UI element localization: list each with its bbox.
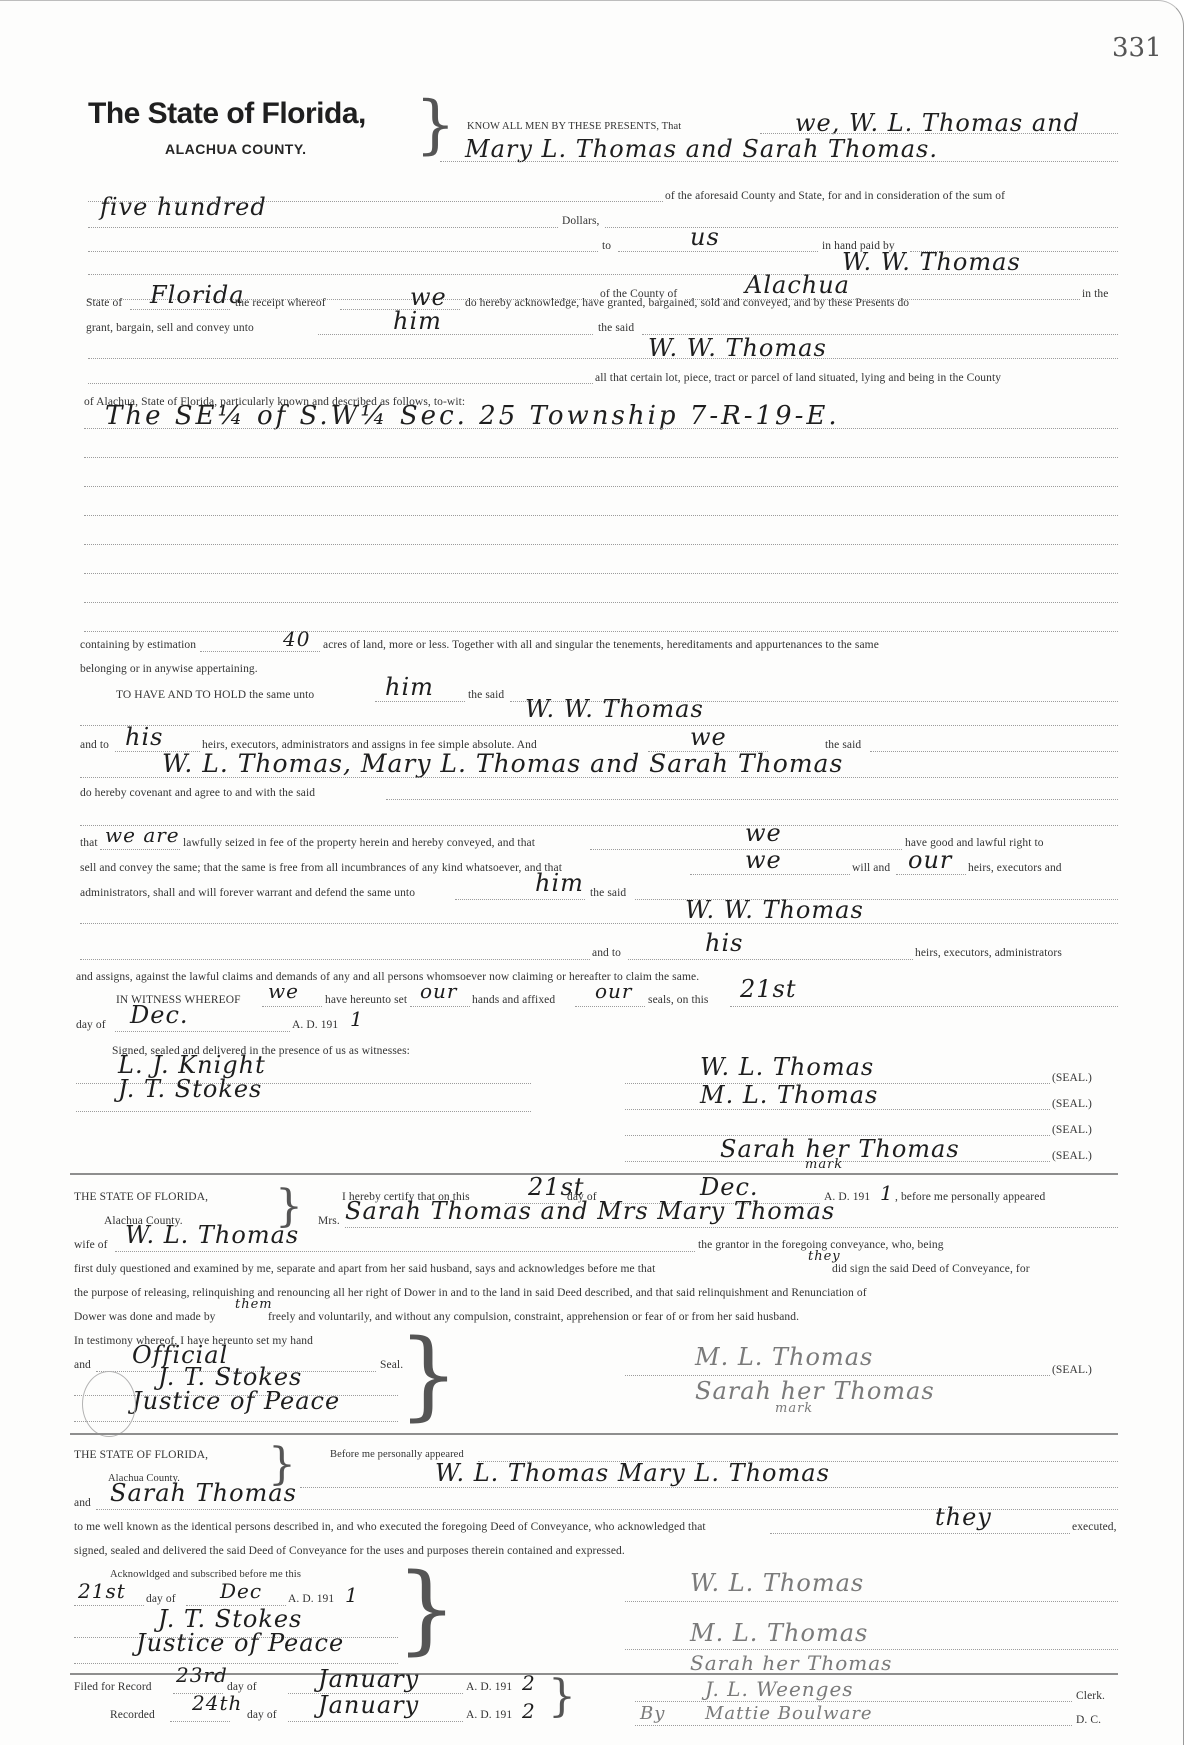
blank-line (375, 701, 465, 702)
blank-line (80, 777, 1118, 778)
blank-line (628, 959, 913, 960)
seal-label-4: (SEAL.) (1052, 1150, 1092, 1162)
ack-officer-title: Justice of Peace (136, 1629, 344, 1657)
dower-signature-2-mark: mark (775, 1401, 813, 1416)
did-sign-text: did sign the said Deed of Conveyance, fo… (832, 1263, 1030, 1275)
to-label: to (602, 240, 611, 252)
county-value: Alachua (745, 271, 850, 299)
dc-label: D. C. (1076, 1714, 1101, 1726)
belonging-text: belonging or in anywise appertaining. (80, 663, 258, 675)
blank-line (80, 725, 1118, 726)
signature-1: W. L. Thomas (700, 1053, 874, 1081)
dower-done-text: Dower was done and made by (74, 1311, 216, 1323)
ack-day-value: 21st (78, 1579, 126, 1603)
header-brace: } (415, 93, 456, 157)
ack-year-digit: 1 (345, 1583, 359, 1607)
blank-line (410, 1006, 470, 1007)
day-of-label: day of (76, 1019, 106, 1031)
mrs-value: Sarah Thomas and Mrs Mary Thomas (345, 1197, 835, 1225)
ack-signature-3: Sarah her Thomas (690, 1651, 892, 1675)
blank-line (84, 631, 1118, 632)
signature-line (635, 1701, 1072, 1702)
officer-title: Justice of Peace (132, 1387, 340, 1415)
all-that-certain-text: all that certain lot, piece, tract or pa… (595, 372, 1001, 384)
ack-signed-text: signed, sealed and delivered the said De… (74, 1545, 625, 1557)
ack-month-value: Dec (220, 1579, 262, 1603)
blank-line (690, 874, 850, 875)
blank-line (74, 1605, 144, 1606)
ack-state: THE STATE OF FLORIDA, (74, 1449, 208, 1461)
county-heading: ALACHUA COUNTY. (165, 141, 307, 157)
ack-they-value: they (935, 1503, 992, 1531)
acknowledge-text: do hereby acknowledge, have granted, bar… (465, 297, 909, 309)
blank-line (80, 825, 1118, 826)
ack-and-value: Sarah Thomas (110, 1479, 297, 1507)
defend-grantee: W. W. Thomas (685, 896, 864, 924)
blank-line (262, 1006, 322, 1007)
blank-line (760, 133, 1118, 134)
blank-line (440, 161, 1118, 162)
state-of-label: State of (86, 297, 122, 309)
subscribed-brace: } (396, 1561, 457, 1657)
blank-line (730, 1006, 1118, 1007)
dower-them: them (235, 1297, 273, 1312)
blank-line (84, 602, 1118, 603)
dower-signature-1: M. L. Thomas (695, 1343, 873, 1371)
clerk-label: Clerk. (1076, 1690, 1105, 1702)
blank-line (896, 874, 966, 875)
dower-before-me: , before me personally appeared (895, 1191, 1045, 1203)
recorded-day-of: day of (247, 1709, 277, 1721)
will-and-label: will and (852, 862, 890, 874)
dower-state: THE STATE OF FLORIDA, (74, 1191, 208, 1203)
in-the-label: in the (1082, 288, 1108, 300)
ack-day-of: day of (146, 1593, 176, 1605)
examined-them: they (808, 1249, 841, 1264)
know-all-men-text: KNOW ALL MEN BY THESE PRESENTS, That (467, 121, 681, 132)
warrant-value: we (745, 846, 782, 874)
that-value: we are (105, 823, 180, 847)
dower-seal-label: (SEAL.) (1052, 1364, 1092, 1376)
recorded-year-digit: 2 (522, 1699, 536, 1723)
seal-value: our (595, 979, 632, 1003)
sum-in-words: five hundred (100, 193, 267, 221)
blank-line (88, 227, 558, 228)
heirs-exec-and: heirs, executors and (968, 862, 1062, 874)
the-said-label: the said (598, 322, 634, 334)
blank-line (345, 1227, 1118, 1228)
blank-line (115, 1031, 290, 1032)
grantors-full: W. L. Thomas, Mary L. Thomas and Sarah T… (162, 749, 843, 778)
blank-line (605, 227, 1118, 228)
blank-line (170, 1721, 230, 1722)
grant-text: grant, bargain, sell and convey unto (86, 322, 254, 334)
grantors-line-2: Mary L. Thomas and Sarah Thomas. (465, 135, 938, 163)
blank-line (88, 274, 1118, 275)
blank-line (84, 428, 1118, 429)
acres-text: acres of land, more or less. Together wi… (323, 639, 879, 651)
administrators-text: administrators, shall and will forever w… (80, 887, 415, 899)
freely-text: freely and voluntarily, and without any … (268, 1311, 799, 1323)
filed-ad: A. D. 191 (466, 1681, 512, 1693)
blank-line (84, 573, 1118, 574)
and-value: we (690, 723, 727, 751)
grant-unto-value: him (393, 307, 442, 335)
blank-line (455, 899, 585, 900)
wife-of-label: wife of (74, 1239, 108, 1251)
blank-line (870, 751, 1118, 752)
blank-line (130, 309, 230, 310)
seals-on-this: seals, on this (648, 994, 709, 1006)
dc-name: Mattie Boulware (705, 1703, 873, 1724)
blank-line (300, 1487, 1118, 1488)
blank-line (84, 486, 1118, 487)
ack-signature-1: W. L. Thomas (690, 1569, 864, 1597)
releasing-text: the purpose of releasing, relinquishing … (74, 1287, 867, 1299)
covenant-text: do hereby covenant and agree to and with… (80, 787, 315, 799)
dower-signature-2: Sarah her Thomas (695, 1377, 935, 1405)
filing-brace: } (548, 1675, 576, 1719)
witness-2: J. T. Stokes (118, 1075, 262, 1103)
seal-label-1: (SEAL.) (1052, 1072, 1092, 1084)
legal-description: The SE¼ of S.W¼ Sec. 25 Township 7-R-19-… (105, 401, 840, 431)
blank-line (100, 849, 180, 850)
blank-line (84, 515, 1118, 516)
signature-line (625, 1601, 1118, 1602)
blank-line (288, 1721, 463, 1722)
aforesaid-text: of the aforesaid County and State, for a… (665, 190, 1005, 202)
blank-line (386, 799, 1118, 800)
blank-line (618, 251, 818, 252)
signature-line (625, 1109, 1050, 1110)
signature-2: M. L. Thomas (700, 1081, 878, 1109)
blank-line (318, 334, 593, 335)
blank-line (80, 959, 590, 960)
recorded-month: January (318, 1691, 419, 1719)
page-number: 331 (1112, 33, 1162, 63)
dollars-label: Dollars, (562, 215, 600, 227)
blank-line (88, 251, 598, 252)
our-value: our (908, 846, 952, 874)
signature-line (625, 1161, 1050, 1162)
blank-line (88, 383, 593, 384)
and-label: and (74, 1359, 91, 1371)
the-said-3: the said (590, 887, 626, 899)
seal-label-2: (SEAL.) (1052, 1098, 1092, 1110)
executed-label: executed, (1072, 1521, 1117, 1533)
filed-label: Filed for Record (74, 1681, 152, 1693)
blank-line (74, 1663, 398, 1664)
recorded-day: 24th (192, 1691, 242, 1715)
containing-label: containing by estimation (80, 639, 196, 651)
defend-unto-value: him (535, 869, 584, 897)
examined-text: first duly questioned and examined by me… (74, 1263, 655, 1275)
ad-label: A. D. 191 (292, 1019, 338, 1031)
that-label: that (80, 837, 98, 849)
paid-by-value: W. W. Thomas (842, 248, 1021, 276)
have-hereunto-set: have hereunto set (325, 994, 407, 1006)
clerk-name: J. L. Weenges (705, 1677, 854, 1701)
state-value: Florida (150, 281, 245, 309)
testimony-brace: } (398, 1327, 459, 1423)
filed-month: January (318, 1665, 419, 1693)
seal-label-3: (SEAL.) (1052, 1124, 1092, 1136)
ack-appeared-value: W. L. Thomas Mary L. Thomas (435, 1459, 830, 1487)
and-to-2: and to (592, 947, 621, 959)
section-divider (70, 1433, 1118, 1435)
official-seal-stamp (82, 1371, 136, 1437)
signature-line (635, 1725, 1072, 1726)
signature-line (625, 1375, 1050, 1376)
filed-day: 23rd (176, 1663, 228, 1687)
blank-line (84, 457, 1118, 458)
habendum-grantee: W. W. Thomas (525, 695, 704, 723)
habendum-unto-value: him (385, 673, 434, 701)
ack-signature-2: M. L. Thomas (690, 1619, 868, 1647)
subscribed-text: Acknowldged and subscribed before me thi… (110, 1569, 301, 1580)
blank-line (76, 1111, 531, 1112)
blank-line (770, 1533, 1070, 1534)
seized-text: lawfully seized in fee of the property h… (183, 837, 535, 849)
mrs-label: Mrs. (318, 1215, 340, 1227)
deed-page: 331 The State of Florida, ALACHUA COUNTY… (0, 0, 1184, 1745)
filed-year-digit: 2 (522, 1671, 536, 1695)
and-to-label: and to (80, 739, 109, 751)
signature-line (625, 1649, 1118, 1650)
blank-line (80, 923, 1118, 924)
ack-and-label: and (74, 1497, 91, 1509)
hand-value: our (420, 979, 457, 1003)
day-value: 21st (740, 975, 797, 1003)
receipt-whereof-label: the receipt whereof (235, 297, 326, 309)
signature-4-mark: mark (805, 1157, 843, 1172)
ack-ad-label: A. D. 191 (288, 1593, 334, 1605)
and-to-value: his (125, 723, 163, 751)
document-title: The State of Florida, (88, 97, 366, 131)
witness-value: we (268, 979, 299, 1003)
recorded-label: Recorded (110, 1709, 155, 1721)
seized-value: we (745, 819, 782, 847)
blank-line (575, 1006, 645, 1007)
by-label: By (640, 1703, 665, 1724)
blank-line (88, 358, 1118, 359)
blank-line (84, 544, 1118, 545)
recorded-ad: A. D. 191 (466, 1709, 512, 1721)
and-to-2-value: his (705, 929, 743, 957)
to-value: us (690, 223, 720, 251)
dower-year-digit: 1 (880, 1181, 894, 1205)
blank-line (115, 1251, 695, 1252)
habendum-label: TO HAVE AND TO HOLD the same unto (116, 689, 314, 701)
month-value: Dec. (130, 1001, 189, 1029)
heirs-exec-admin: heirs, executors, administrators (915, 947, 1062, 959)
acres-value: 40 (283, 627, 310, 651)
sell-convey-text: sell and convey the same; that the same … (80, 862, 562, 874)
habendum-said: the said (468, 689, 504, 701)
section-divider (70, 1173, 1118, 1175)
blank-line (200, 651, 320, 652)
year-digit: 1 (350, 1007, 364, 1031)
well-known-text: to me well known as the identical person… (74, 1521, 706, 1533)
wife-of-value: W. L. Thomas (125, 1221, 299, 1249)
hands-affixed: hands and affixed (472, 994, 555, 1006)
